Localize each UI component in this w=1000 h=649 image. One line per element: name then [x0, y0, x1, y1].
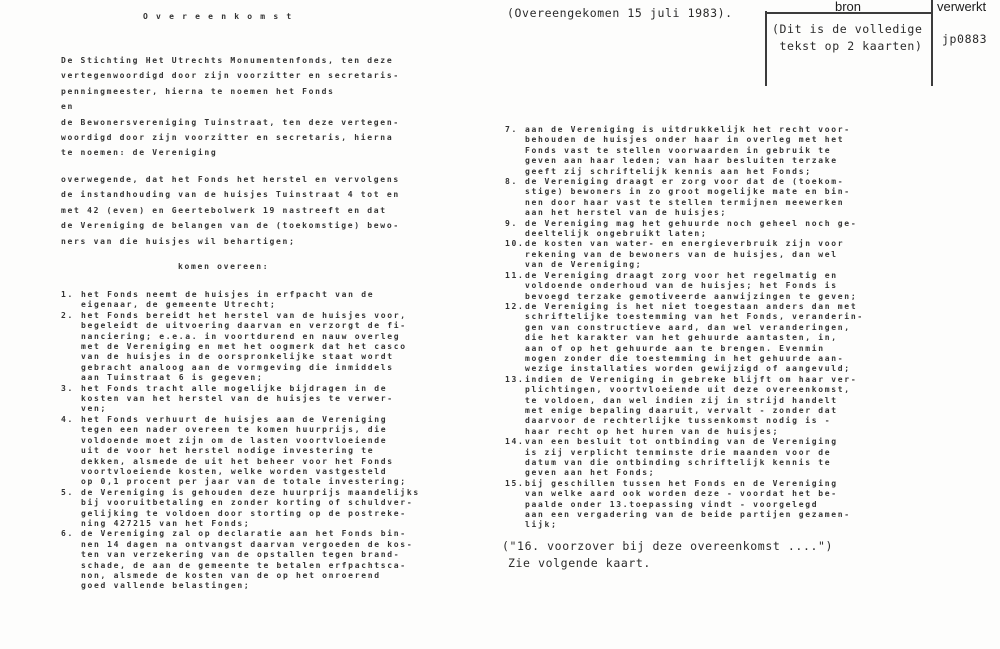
page-title: O v e r e e n k o m s t — [143, 12, 293, 22]
form-column-divider — [931, 0, 933, 86]
clause-number: 4. — [61, 415, 81, 488]
clause-item: 8.de Vereniging draagt er zorg voor dat … — [505, 177, 870, 219]
clause-number: 13. — [505, 375, 525, 437]
intro-paragraph: De Stichting Het Utrechts Monumentenfond… — [61, 53, 421, 161]
agreed-date-note: (Overeengekomen 15 juli 1983). — [507, 5, 733, 22]
clause-number: 14. — [505, 437, 525, 479]
clause-item: 14.van een besluit tot ontbinding van de… — [505, 437, 870, 479]
clause-number: 3. — [61, 384, 81, 415]
clause-item: 3.het Fonds tracht alle mogelijke bijdra… — [61, 384, 421, 415]
clause-item: 10.de kosten van water- en energieverbru… — [505, 239, 870, 270]
clause-item: 4.het Fonds verhuurt de huisjes aan de V… — [61, 415, 421, 488]
clause-text: de Vereniging draagt zorg voor het regel… — [525, 271, 870, 302]
clause-number: 7. — [505, 125, 525, 177]
clause-item: 2.het Fonds bereidt het herstel van de h… — [61, 311, 421, 384]
considering-paragraph: overwegende, dat het Fonds het herstel e… — [61, 172, 421, 249]
clause-text: bij geschillen tussen het Fonds en de Ve… — [525, 479, 870, 531]
clause-text: de kosten van water- en energieverbruik … — [525, 239, 870, 270]
clause-item: 13.indien de Vereniging in gebreke blijf… — [505, 375, 870, 437]
clause-text: de Vereniging is het niet toegestaan and… — [525, 302, 870, 375]
clause-text: de Vereniging zal op declaratie aan het … — [81, 529, 421, 591]
clause-text: de Vereniging mag het gehuurde noch gehe… — [525, 219, 870, 240]
clause-number: 12. — [505, 302, 525, 375]
clause-text: indien de Vereniging in gebreke blijft o… — [525, 375, 870, 437]
clause-number: 1. — [61, 290, 81, 311]
clause-item: 12.de Vereniging is het niet toegestaan … — [505, 302, 870, 375]
processed-code: jp0883 — [942, 31, 987, 48]
clause-item: 7.aan de Vereniging is uitdrukkelijk het… — [505, 125, 870, 177]
clause-number: 6. — [61, 529, 81, 591]
form-left-border — [765, 11, 767, 86]
clause-item: 6.de Vereniging zal op declaratie aan he… — [61, 529, 421, 591]
clause-number: 11. — [505, 271, 525, 302]
source-note: (Dit is de volledige tekst op 2 kaarten) — [772, 21, 922, 54]
clause-item: 15.bij geschillen tussen het Fonds en de… — [505, 479, 870, 531]
clause-text: het Fonds bereidt het herstel van de hui… — [81, 311, 421, 384]
clauses-list-right: 7.aan de Vereniging is uitdrukkelijk het… — [505, 125, 870, 531]
clause-text: van een besluit tot ontbinding van de Ve… — [525, 437, 870, 479]
clause-item: 9.de Vereniging mag het gehuurde noch ge… — [505, 219, 870, 240]
column-header-bron: bron — [765, 0, 931, 14]
continuation-quote: ("16. voorzover bij deze overeenkomst ..… — [502, 538, 833, 555]
clause-number: 15. — [505, 479, 525, 531]
continuation-note: Zie volgende kaart. — [508, 555, 651, 572]
column-header-verwerkt: verwerkt — [937, 0, 986, 14]
clause-text: het Fonds tracht alle mogelijke bijdrage… — [81, 384, 421, 415]
clause-text: de Vereniging draagt er zorg voor dat de… — [525, 177, 870, 219]
clause-item: 5.de Vereniging is gehouden deze huurpri… — [61, 488, 421, 530]
card-index-form: bron verwerkt (Dit is de volledige tekst… — [765, 0, 1000, 90]
clause-number: 8. — [505, 177, 525, 219]
clause-text: de Vereniging is gehouden deze huurprijs… — [81, 488, 421, 530]
clause-text: het Fonds verhuurt de huisjes aan de Ver… — [81, 415, 421, 488]
clause-text: aan de Vereniging is uitdrukkelijk het r… — [525, 125, 870, 177]
clause-number: 9. — [505, 219, 525, 240]
agreement-heading: komen overeen: — [178, 262, 269, 272]
clause-number: 10. — [505, 239, 525, 270]
clauses-list-left: 1.het Fonds neemt de huisjes in erfpacht… — [61, 290, 421, 592]
clause-number: 5. — [61, 488, 81, 530]
clause-number: 2. — [61, 311, 81, 384]
clause-item: 1.het Fonds neemt de huisjes in erfpacht… — [61, 290, 421, 311]
clause-text: het Fonds neemt de huisjes in erfpacht v… — [81, 290, 421, 311]
clause-item: 11.de Vereniging draagt zorg voor het re… — [505, 271, 870, 302]
